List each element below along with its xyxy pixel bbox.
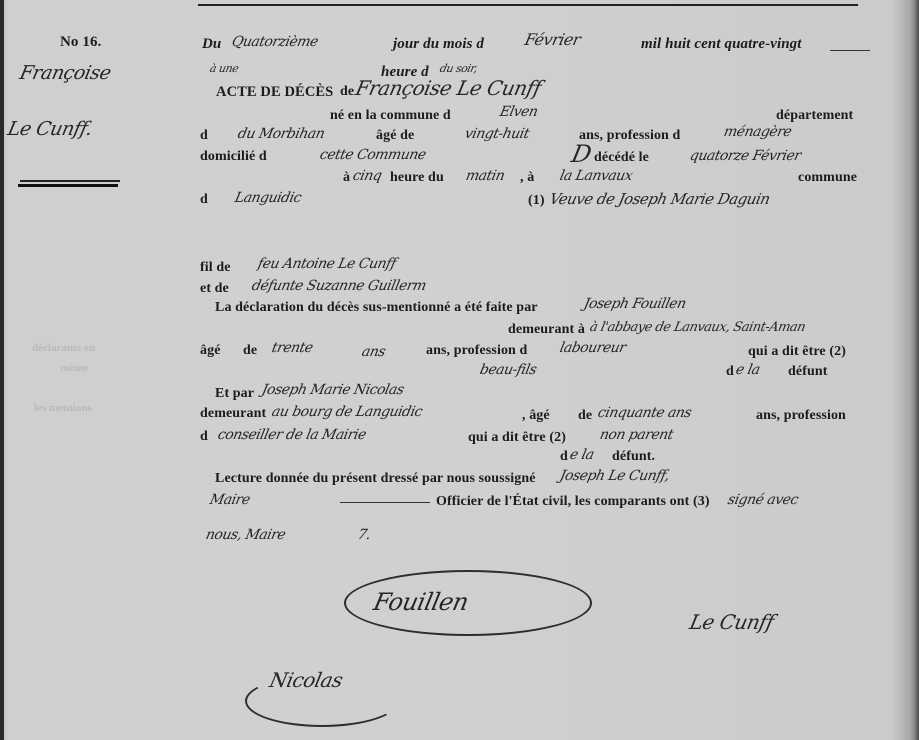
- page-left-edge: [0, 0, 4, 740]
- hw-officer-name: Joseph Le Cunff,: [558, 468, 670, 484]
- hw-closing: nous, Maire: [204, 527, 287, 543]
- form-age-de: âgé de: [376, 128, 414, 144]
- hw-death-place: la Lanvaux: [558, 168, 634, 184]
- form-et-par: Et par: [215, 386, 254, 402]
- hw-declarant1-address: à l'abbaye de Lanvaux, Saint-Aman: [588, 320, 806, 335]
- hw-declarant2-name: Joseph Marie Nicolas: [260, 382, 405, 398]
- hw-declarant2-relation: non parent: [598, 427, 674, 443]
- hw-d-flourish: D: [569, 140, 594, 168]
- form-d3: d: [200, 429, 208, 445]
- form-jour-du-mois: jour du mois d: [393, 36, 484, 53]
- form-declaration: La déclaration du décès sus-mentionné a …: [215, 300, 538, 316]
- form-lecture: Lecture donnée du présent dressé par nou…: [215, 471, 536, 487]
- ghost-text: déclarants ou: [32, 342, 95, 354]
- form-ans-profession3: ans, profession: [756, 408, 846, 424]
- hw-birth-commune: Elven: [498, 104, 539, 120]
- officer-fill-line: [340, 502, 430, 503]
- form-demeurant2: demeurant: [200, 406, 266, 422]
- ghost-text: les mentions: [34, 402, 92, 414]
- form-departement: département: [776, 108, 853, 124]
- form-de2: de: [243, 343, 257, 359]
- form-et-de: et de: [200, 281, 229, 297]
- signature-fouillen: Fouillen: [371, 588, 471, 616]
- form-ans-profession: ans, profession d: [579, 128, 680, 144]
- form-qui-a-dit2: qui a dit être (2): [468, 430, 566, 446]
- hw-day: Quatorzième: [230, 34, 319, 50]
- hw-declarant1-profession: laboureur: [558, 340, 627, 356]
- hw-death-date: quatorze Février: [688, 148, 802, 164]
- ghost-text: même: [60, 362, 88, 374]
- hw-declarant2-age: cinquante ans: [596, 405, 692, 421]
- form-ans-profession2: ans, profession d: [426, 343, 527, 359]
- form-qui-a-dit: qui a dit être (2): [748, 344, 846, 360]
- form-mil-huit-cent: mil huit cent quatre-vingt: [641, 36, 802, 53]
- hw-death-time-of-day: matin: [464, 168, 506, 184]
- hw-declarant1-age-suffix: ans: [360, 344, 386, 360]
- year-fill-line: [830, 50, 870, 51]
- form-a-comma: , à: [520, 170, 534, 186]
- form-footnote-1: (1): [528, 193, 545, 209]
- hw-declarant2-profession: conseiller de la Mairie: [216, 427, 367, 443]
- hw-declarant1-name: Joseph Fouillen: [582, 296, 687, 312]
- form-d-defunt: d: [726, 364, 734, 380]
- hw-declarant1-relation: beau-fils: [478, 362, 538, 378]
- form-ne-commune: né en la commune d: [330, 108, 451, 124]
- margin-first-name: Françoise: [18, 62, 113, 84]
- form-heure-du: heure du: [390, 170, 444, 186]
- page-right-edge: [914, 0, 919, 740]
- record-number: No 16.: [60, 34, 101, 51]
- top-rule: [198, 4, 858, 6]
- hw-birth-department: du Morbihan: [236, 126, 326, 142]
- hw-spouse: Veuve de Joseph Marie Daguin: [548, 190, 771, 208]
- hw-death-hour: cinq: [351, 168, 383, 184]
- form-de: de: [340, 84, 354, 100]
- hw-officer-signed: signé avec: [726, 492, 799, 508]
- hw-declarant2-d: e la: [568, 447, 595, 463]
- form-de3: de: [578, 408, 592, 424]
- hw-hour-period: du soir,: [439, 62, 479, 75]
- form-defunt2: défunt.: [612, 449, 655, 465]
- margin-last-name: Le Cunff.: [6, 118, 95, 140]
- hw-declarant1-age: trente: [270, 340, 314, 356]
- acte-title: ACTE DE DÉCÈS: [216, 84, 333, 101]
- signature-le-cunff: Le Cunff: [687, 610, 775, 634]
- hw-profession: ménagère: [722, 124, 793, 140]
- margin-underline: [20, 180, 120, 182]
- form-officier: Officier de l'État civil, les comparants…: [436, 494, 710, 510]
- form-fils-de: fil de: [200, 260, 231, 276]
- hw-mother: défunte Suzanne Guillerm: [250, 278, 427, 294]
- hw-closing-mark: 7.: [356, 527, 372, 543]
- form-decede-le: décédé le: [594, 150, 649, 166]
- form-age2: , âgé: [522, 408, 550, 424]
- form-a: à: [343, 170, 350, 186]
- form-domicilie: domicilié d: [200, 149, 267, 165]
- hw-month: Février: [523, 30, 582, 49]
- hw-age: vingt-huit: [463, 126, 530, 142]
- margin-underline-double: [18, 184, 118, 187]
- form-d: d: [200, 128, 208, 144]
- hw-declarant1-d: e la: [734, 362, 761, 378]
- signature-nicolas: Nicolas: [267, 668, 344, 692]
- hw-hour: à une: [209, 62, 240, 75]
- form-demeurant-a: demeurant à: [508, 322, 585, 338]
- form-du: Du: [202, 36, 221, 53]
- form-commune: commune: [798, 170, 857, 186]
- hw-death-commune: Languidic: [233, 190, 302, 206]
- hw-domicile: cette Commune: [318, 147, 427, 163]
- form-d2: d: [200, 192, 208, 208]
- form-d-defunt2: d: [560, 449, 568, 465]
- hw-officer-title: Maire: [208, 492, 251, 508]
- document-page: No 16. Françoise Le Cunff. déclarants ou…: [0, 0, 919, 740]
- hw-father: feu Antoine Le Cunff: [256, 256, 397, 272]
- hw-deceased-name: Françoise Le Cunff: [353, 76, 543, 100]
- form-age-de2: âgé: [200, 343, 221, 359]
- hw-declarant2-address: au bourg de Languidic: [270, 404, 423, 420]
- form-defunt: défunt: [788, 364, 828, 380]
